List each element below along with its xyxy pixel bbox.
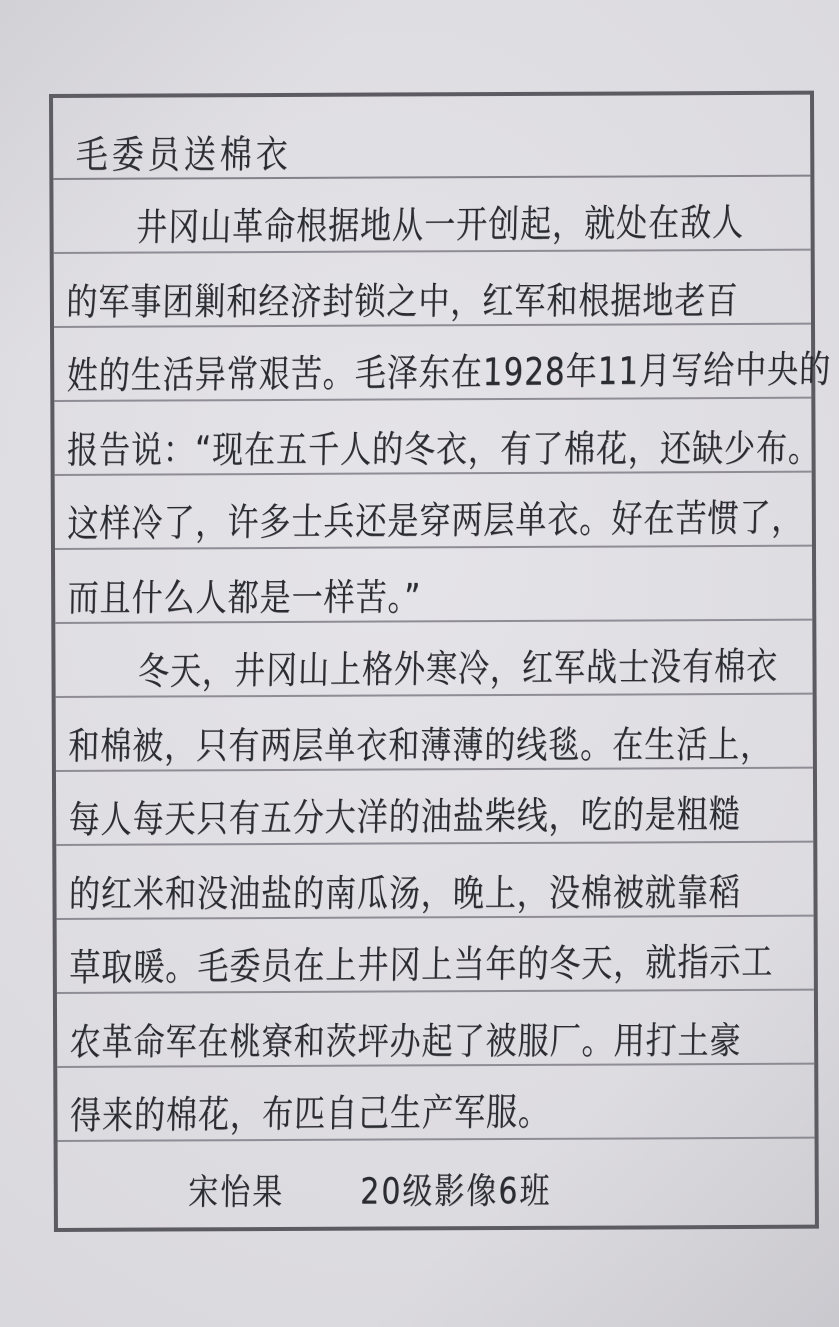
author-class: 20级影像6班 [360,1174,552,1210]
text-line: 的军事团剿和经济封锁之中，红军和根据地老百 [54,251,811,328]
handwritten-text: 井冈山革命根据地从一开创起，就处在敌人 [136,205,745,248]
ruled-lines-area: 毛委员送棉衣 井冈山革命根据地从一开创起，就处在敌人 的军事团剿和经济封锁之中，… [53,95,815,1228]
title-line: 毛委员送棉衣 [53,95,810,180]
author-name: 宋怡果 [188,1175,285,1211]
text-line: 每人每天只有五分大洋的油盐柴线，吃的是粗糙 [56,769,813,846]
page-border-frame: 毛委员送棉衣 井冈山革命根据地从一开创起，就处在敌人 的军事团剿和经济封锁之中，… [49,91,819,1232]
notebook-page-photo: 毛委员送棉衣 井冈山革命根据地从一开创起，就处在敌人 的军事团剿和经济封锁之中，… [0,0,839,1327]
handwritten-text: 农革命军在桃寮和茨坪办起了被服厂。用打土豪 [69,1023,742,1062]
handwritten-text: 的军事团剿和经济封锁之中，红军和根据地老百 [66,283,739,322]
text-line: 而且什么人都是一样苦。” [55,547,812,624]
text-line: 得来的棉花，布匹自己生产军服。 [57,1065,814,1142]
handwritten-text: 而且什么人都是一样苦。” [67,580,421,618]
handwritten-text: 草取暖。毛委员在上井冈上当年的冬天，就指示工 [69,944,774,988]
text-line: 和棉被，只有两层单衣和薄薄的线毯。在生活上， [56,695,813,772]
handwritten-text: 冬天，井冈山上格外寒冷，红军战士没有棉衣 [138,648,779,691]
text-line: 井冈山革命根据地从一开创起，就处在敌人 [53,177,810,254]
text-line: 草取暖。毛委员在上井冈上当年的冬天，就指示工 [57,917,814,994]
text-line: 的红米和没油盐的南瓜汤，晚上，没棉被就靠稻 [56,843,813,920]
handwritten-text: 的红米和没油盐的南瓜汤，晚上，没棉被就靠稻 [69,875,742,914]
handwritten-text: 每人每天只有五分大洋的油盐柴线，吃的是粗糙 [68,796,741,840]
text-line: 姓的生活异常艰苦。毛泽东在1928年11月写给中央的 [54,325,811,402]
text-line: 报告说：“现在五千人的冬衣，有了棉花，还缺少布。 [54,399,811,476]
essay-title: 毛委员送棉衣 [75,135,292,174]
handwritten-text: 得来的棉花，布匹自己生产军服。 [70,1094,551,1136]
handwritten-text: 姓的生活异常艰苦。毛泽东在1928年11月写给中央的 [66,352,831,396]
handwritten-text: 这样冷了，许多士兵还是穿两层单衣。好在苦惯了， [67,500,804,544]
handwritten-text: 和棉被，只有两层单衣和薄薄的线毯。在生活上， [68,727,773,766]
text-line: 这样冷了，许多士兵还是穿两层单衣。好在苦惯了， [55,473,812,550]
signature-line: 宋怡果 20级影像6班 [58,1139,815,1220]
text-line: 农革命军在桃寮和茨坪办起了被服厂。用打土豪 [57,991,814,1068]
handwritten-text: 报告说：“现在五千人的冬衣，有了棉花，还缺少布。 [67,431,821,470]
text-line: 冬天，井冈山上格外寒冷，红军战士没有棉衣 [55,621,812,698]
